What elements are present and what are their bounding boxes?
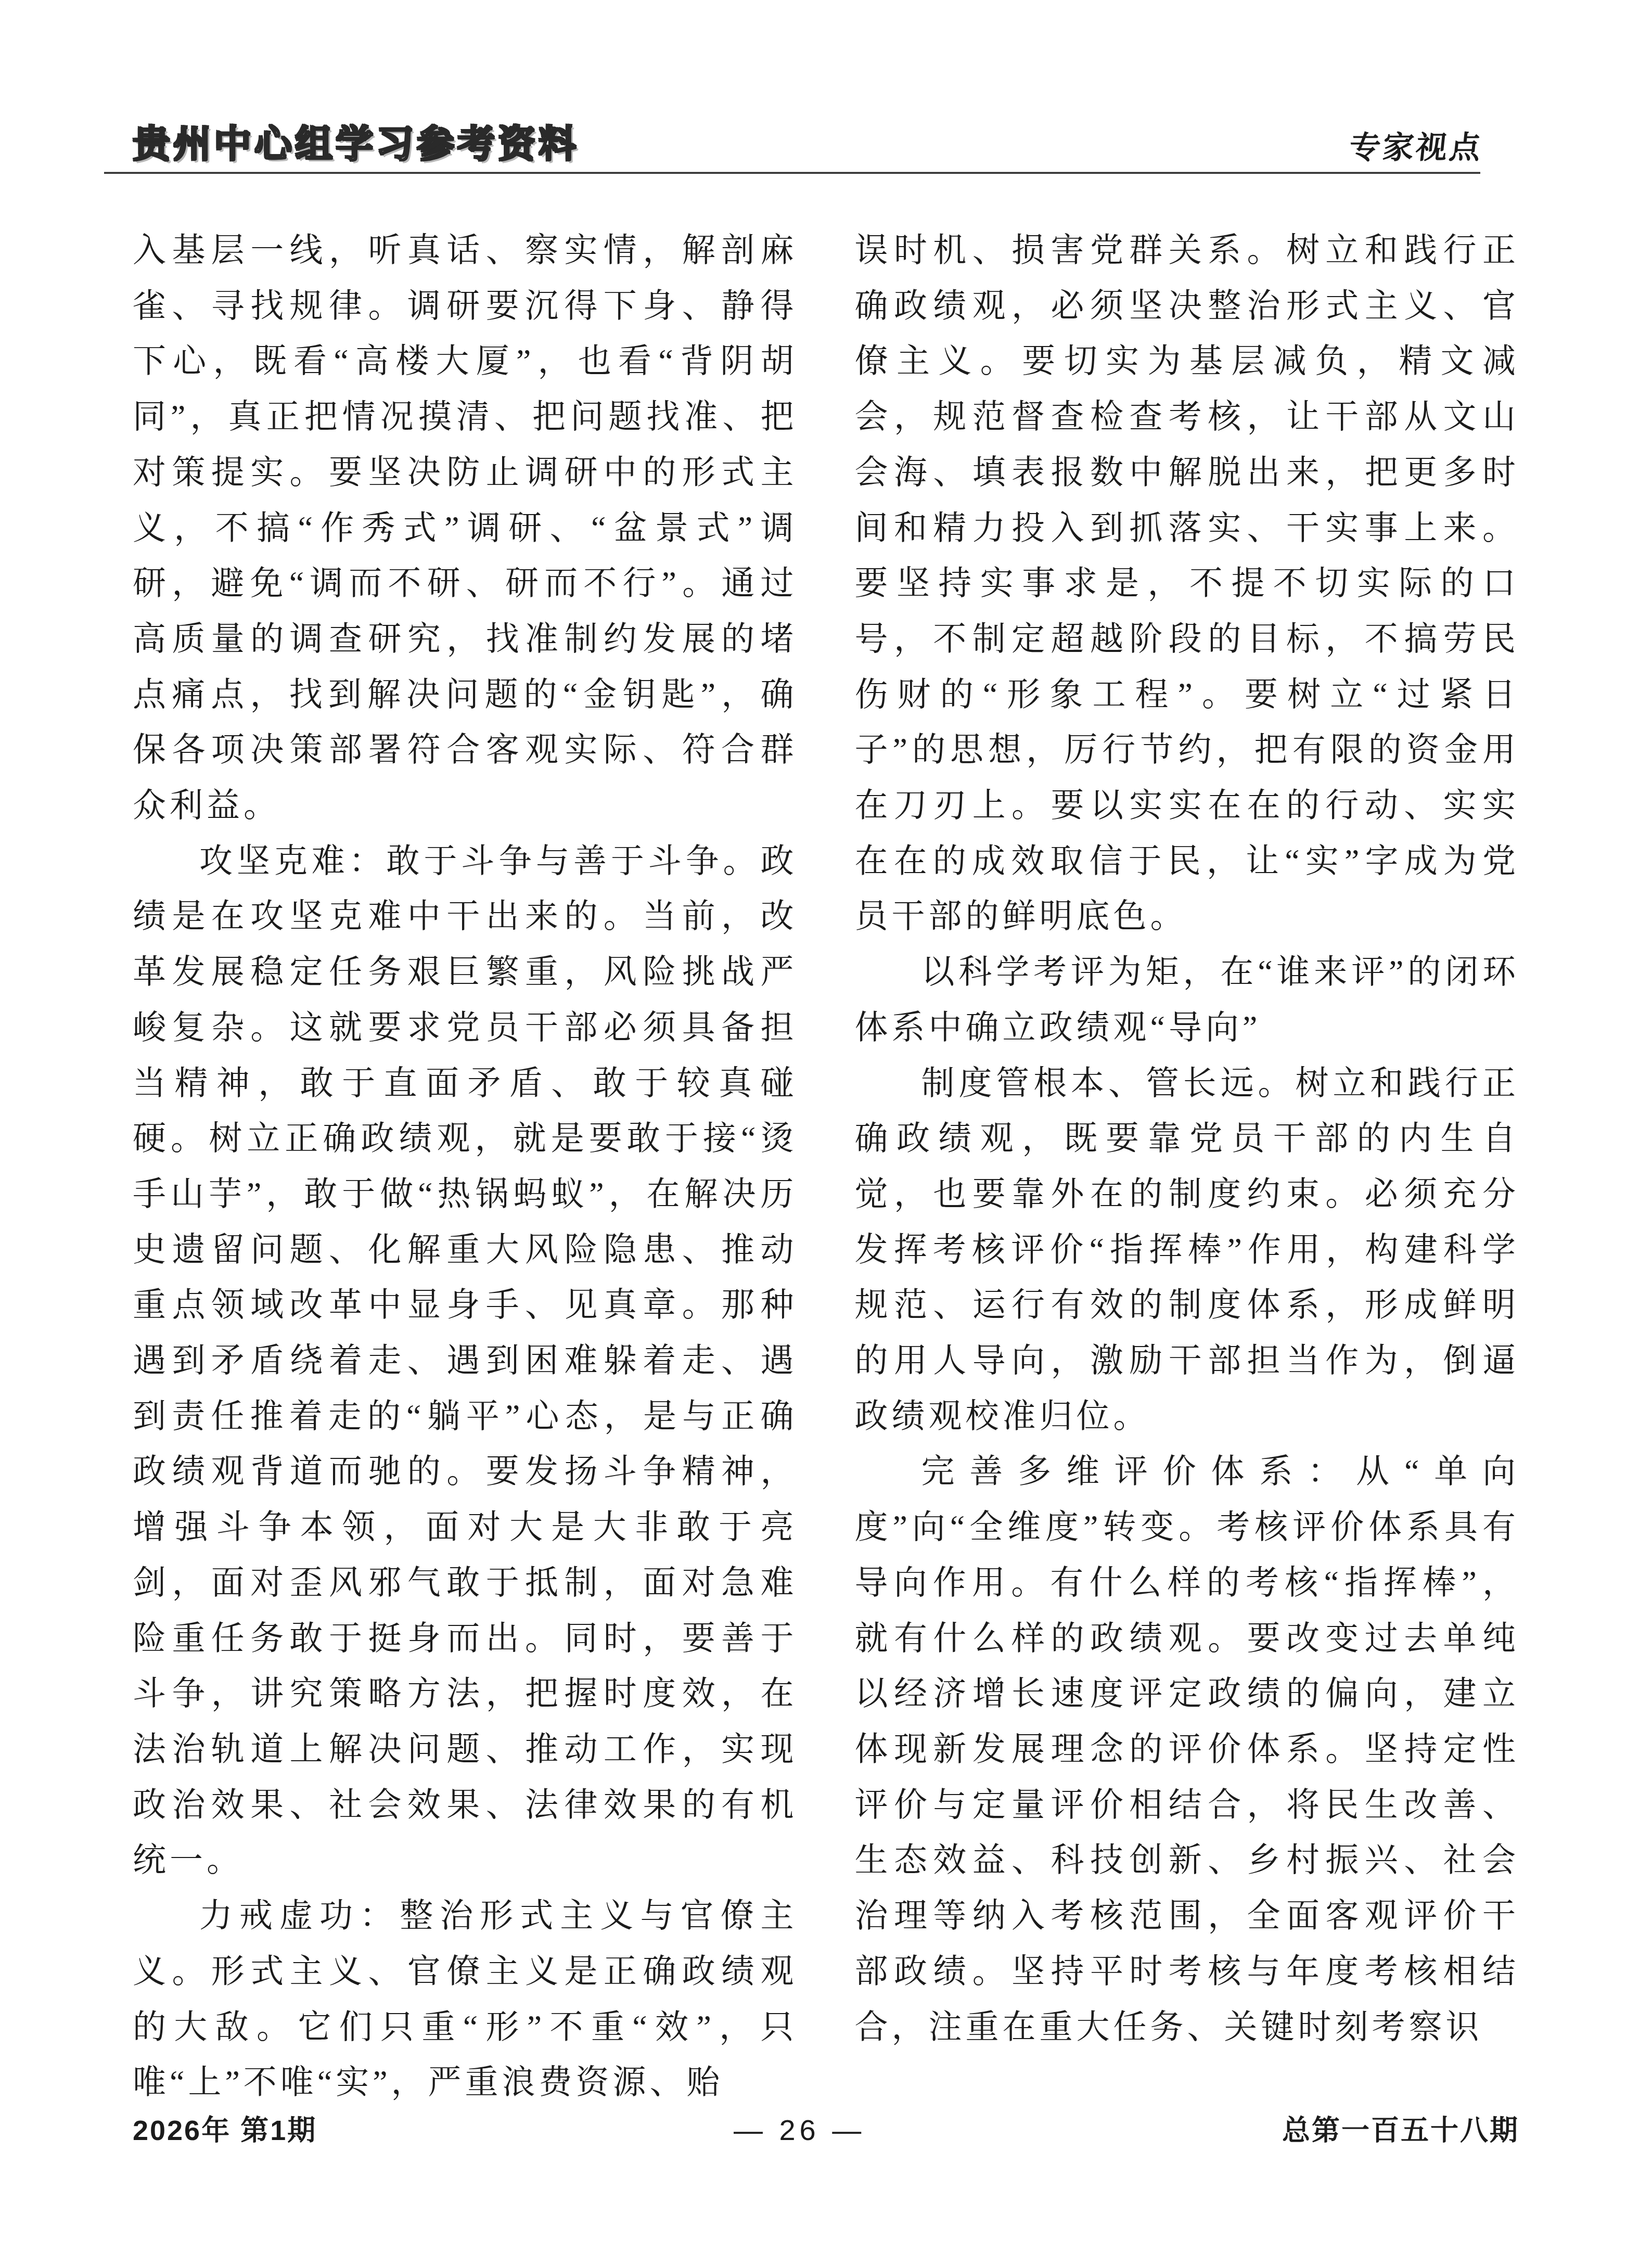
article-body: 入基层一线，听真话、察实情，解剖麻雀、寻找规律。调研要沉得下身、静得下心，既看“… — [133, 223, 1519, 2110]
paragraph-continuation: 入基层一线，听真话、察实情，解剖麻雀、寻找规律。调研要沉得下身、静得下心，既看“… — [133, 223, 798, 834]
paragraph-continuation: 误时机、损害党群关系。树立和践行正确政绩观，必须坚决整治形式主义、官僚主义。要切… — [855, 223, 1520, 944]
page-header: 贵州中心组学习参考资料 专家视点 — [133, 113, 1519, 168]
column-right: 误时机、损害党群关系。树立和践行正确政绩观，必须坚决整治形式主义、官僚主义。要切… — [855, 223, 1520, 2110]
footer-issue-label: 2026年 第1期 — [133, 2108, 317, 2148]
paragraph: 制度管根本、管长远。树立和践行正确政绩观，既要靠党员干部的内生自觉，也要靠外在的… — [855, 1056, 1520, 1444]
page-footer: 2026年 第1期 — 26 — 总第一百五十八期 — [133, 2108, 1519, 2148]
section-label: 专家视点 — [1347, 123, 1485, 168]
masthead-title: 贵州中心组学习参考资料 — [133, 113, 579, 168]
paragraph: 完善多维评价体系：从“单向度”向“全维度”转变。考核评价体系具有导向作用。有什么… — [855, 1444, 1520, 2055]
paragraph: 攻坚克难：敢于斗争与善于斗争。政绩是在攻坚克难中干出来的。当前，改革发展稳定任务… — [133, 834, 798, 1888]
section-heading: 以科学考评为矩，在“谁来评”的闭环体系中确立政绩观“导向” — [855, 944, 1520, 1055]
column-left: 入基层一线，听真话、察实情，解剖麻雀、寻找规律。调研要沉得下身、静得下心，既看“… — [133, 223, 798, 2110]
header-divider-rule — [104, 172, 1480, 174]
paragraph: 力戒虚功：整治形式主义与官僚主义。形式主义、官僚主义是正确政绩观的大敌。它们只重… — [133, 1888, 798, 2110]
footer-page-number: — 26 — — [317, 2113, 1282, 2147]
footer-cumulative-issue-label: 总第一百五十八期 — [1282, 2108, 1519, 2148]
